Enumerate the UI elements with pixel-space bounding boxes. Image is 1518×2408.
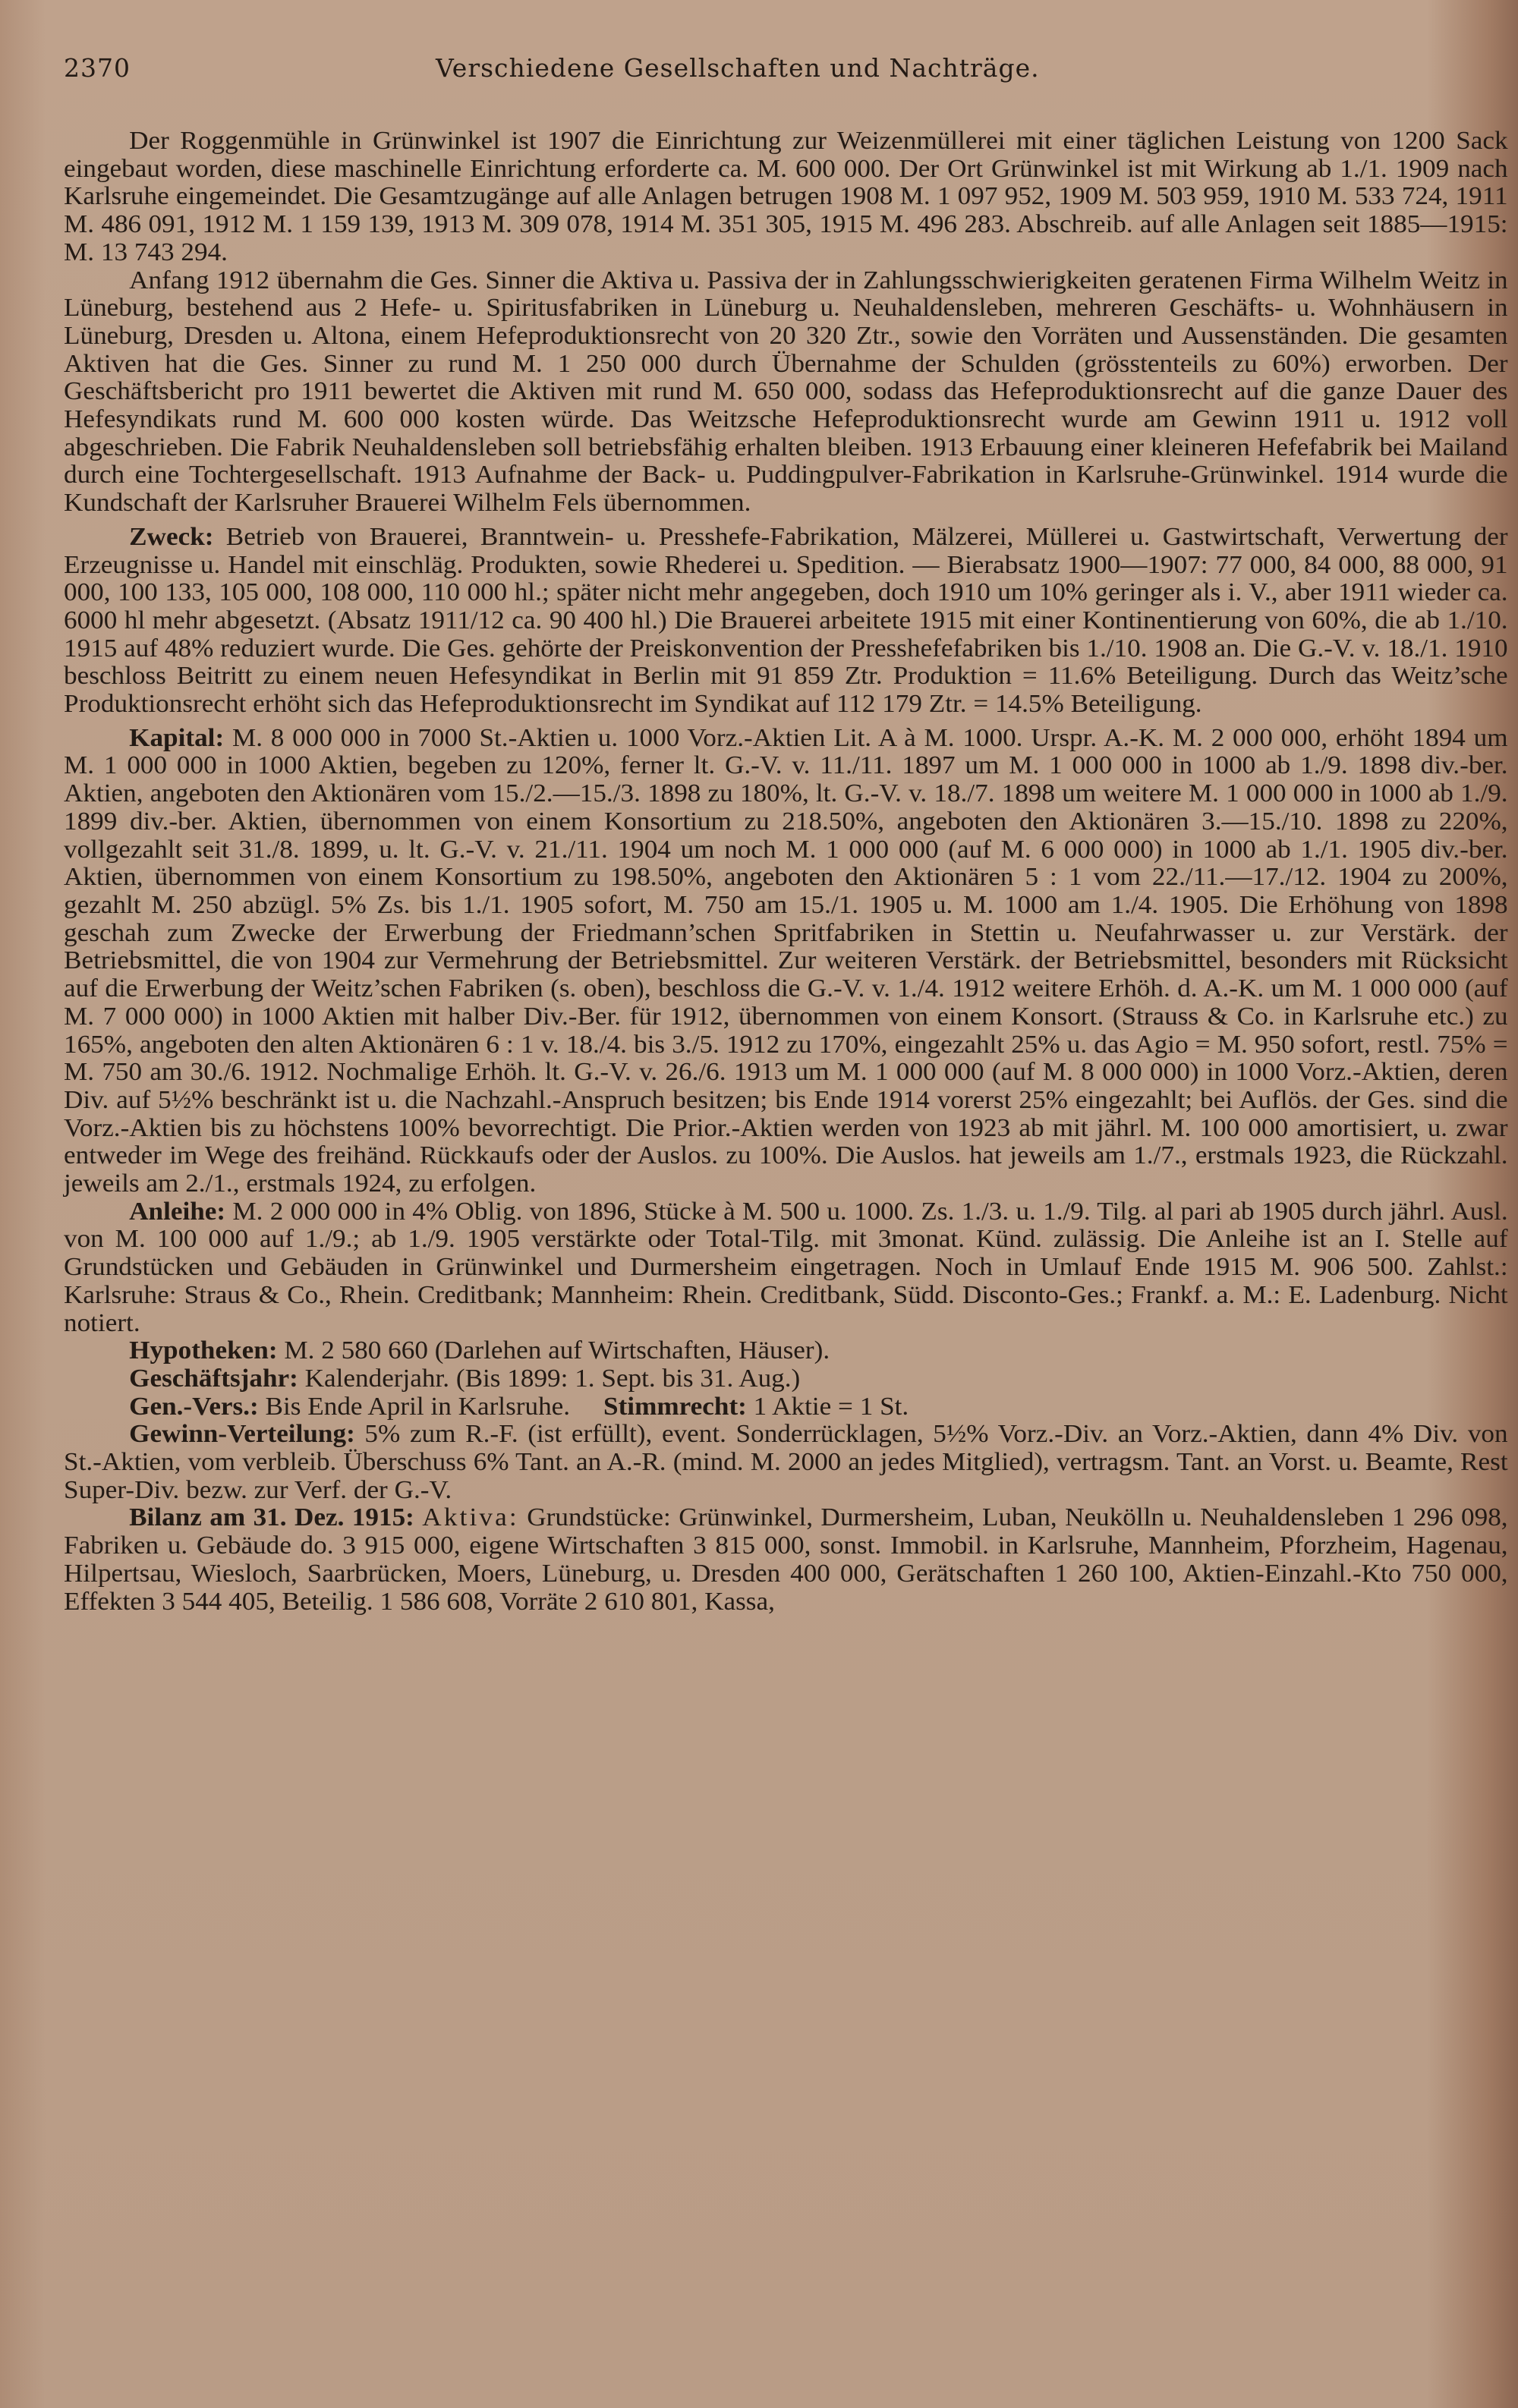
paragraph-text: Der Roggenmühle in Grünwinkel ist 1907 d…	[64, 127, 1508, 266]
section-geschaeftsjahr: Geschäftsjahr: Kalenderjahr. (Bis 1899: …	[64, 1365, 1508, 1393]
page-number: 2370	[64, 53, 131, 83]
section-hypotheken: Hypotheken: M. 2 580 660 (Darlehen auf W…	[64, 1337, 1508, 1365]
section-bilanz: Bilanz am 31. Dez. 1915: Aktiva: Grundst…	[64, 1504, 1508, 1616]
section-text: Kalenderjahr. (Bis 1899: 1. Sept. bis 31…	[305, 1365, 801, 1393]
section-anleihe: Anleihe: M. 2 000 000 in 4% Oblig. von 1…	[64, 1198, 1508, 1338]
page-body: Der Roggenmühle in Grünwinkel ist 1907 d…	[64, 127, 1508, 1616]
section-gewinn-verteilung: Gewinn-Verteilung: 5% zum R.-F. (ist erf…	[64, 1421, 1508, 1504]
paragraph-text: Anfang 1912 übernahm die Ges. Sinner die…	[64, 266, 1508, 518]
section-label: Kapital:	[129, 724, 224, 752]
section-label: Anleihe:	[129, 1198, 225, 1226]
section-text: Betrieb von Brauerei, Branntwein- u. Pre…	[64, 523, 1508, 718]
running-title: Verschiedene Gesellschaften und Nachträg…	[436, 53, 1040, 83]
section-text: Bis Ende April in Karlsruhe.	[266, 1393, 571, 1421]
section-label-stimmrecht: Stimmrecht:	[603, 1393, 747, 1421]
section-label: Zweck:	[129, 523, 213, 551]
section-label: Gewinn-Verteilung:	[129, 1420, 355, 1448]
scanned-page: 2370 Verschiedene Gesellschaften und Nac…	[0, 0, 1518, 2408]
section-label: Geschäftsjahr:	[129, 1365, 298, 1393]
page-header: 2370 Verschiedene Gesellschaften und Nac…	[64, 53, 1427, 99]
section-text: M. 2 000 000 in 4% Oblig. von 1896, Stüc…	[64, 1198, 1508, 1337]
section-zweck: Zweck: Betrieb von Brauerei, Branntwein-…	[64, 524, 1508, 719]
section-text: M. 8 000 000 in 7000 St.-Aktien u. 1000 …	[64, 724, 1508, 1198]
paragraph-roggenmuehle: Der Roggenmühle in Grünwinkel ist 1907 d…	[64, 127, 1508, 267]
section-kapital: Kapital: M. 8 000 000 in 7000 St.-Aktien…	[64, 725, 1508, 1198]
section-label: Hypotheken:	[129, 1336, 277, 1365]
section-sublabel: Aktiva:	[422, 1503, 519, 1531]
section-text-stimmrecht: 1 Aktie = 1 St.	[754, 1393, 909, 1421]
section-label: Bilanz am 31. Dez. 1915:	[129, 1503, 414, 1531]
section-text: M. 2 580 660 (Darlehen auf Wirtschaften,…	[284, 1336, 830, 1365]
paragraph-weitz-acquisition: Anfang 1912 übernahm die Ges. Sinner die…	[64, 267, 1508, 518]
section-label: Gen.-Vers.:	[129, 1393, 259, 1421]
section-gen-vers: Gen.-Vers.: Bis Ende April in Karlsruhe.…	[64, 1393, 1508, 1421]
